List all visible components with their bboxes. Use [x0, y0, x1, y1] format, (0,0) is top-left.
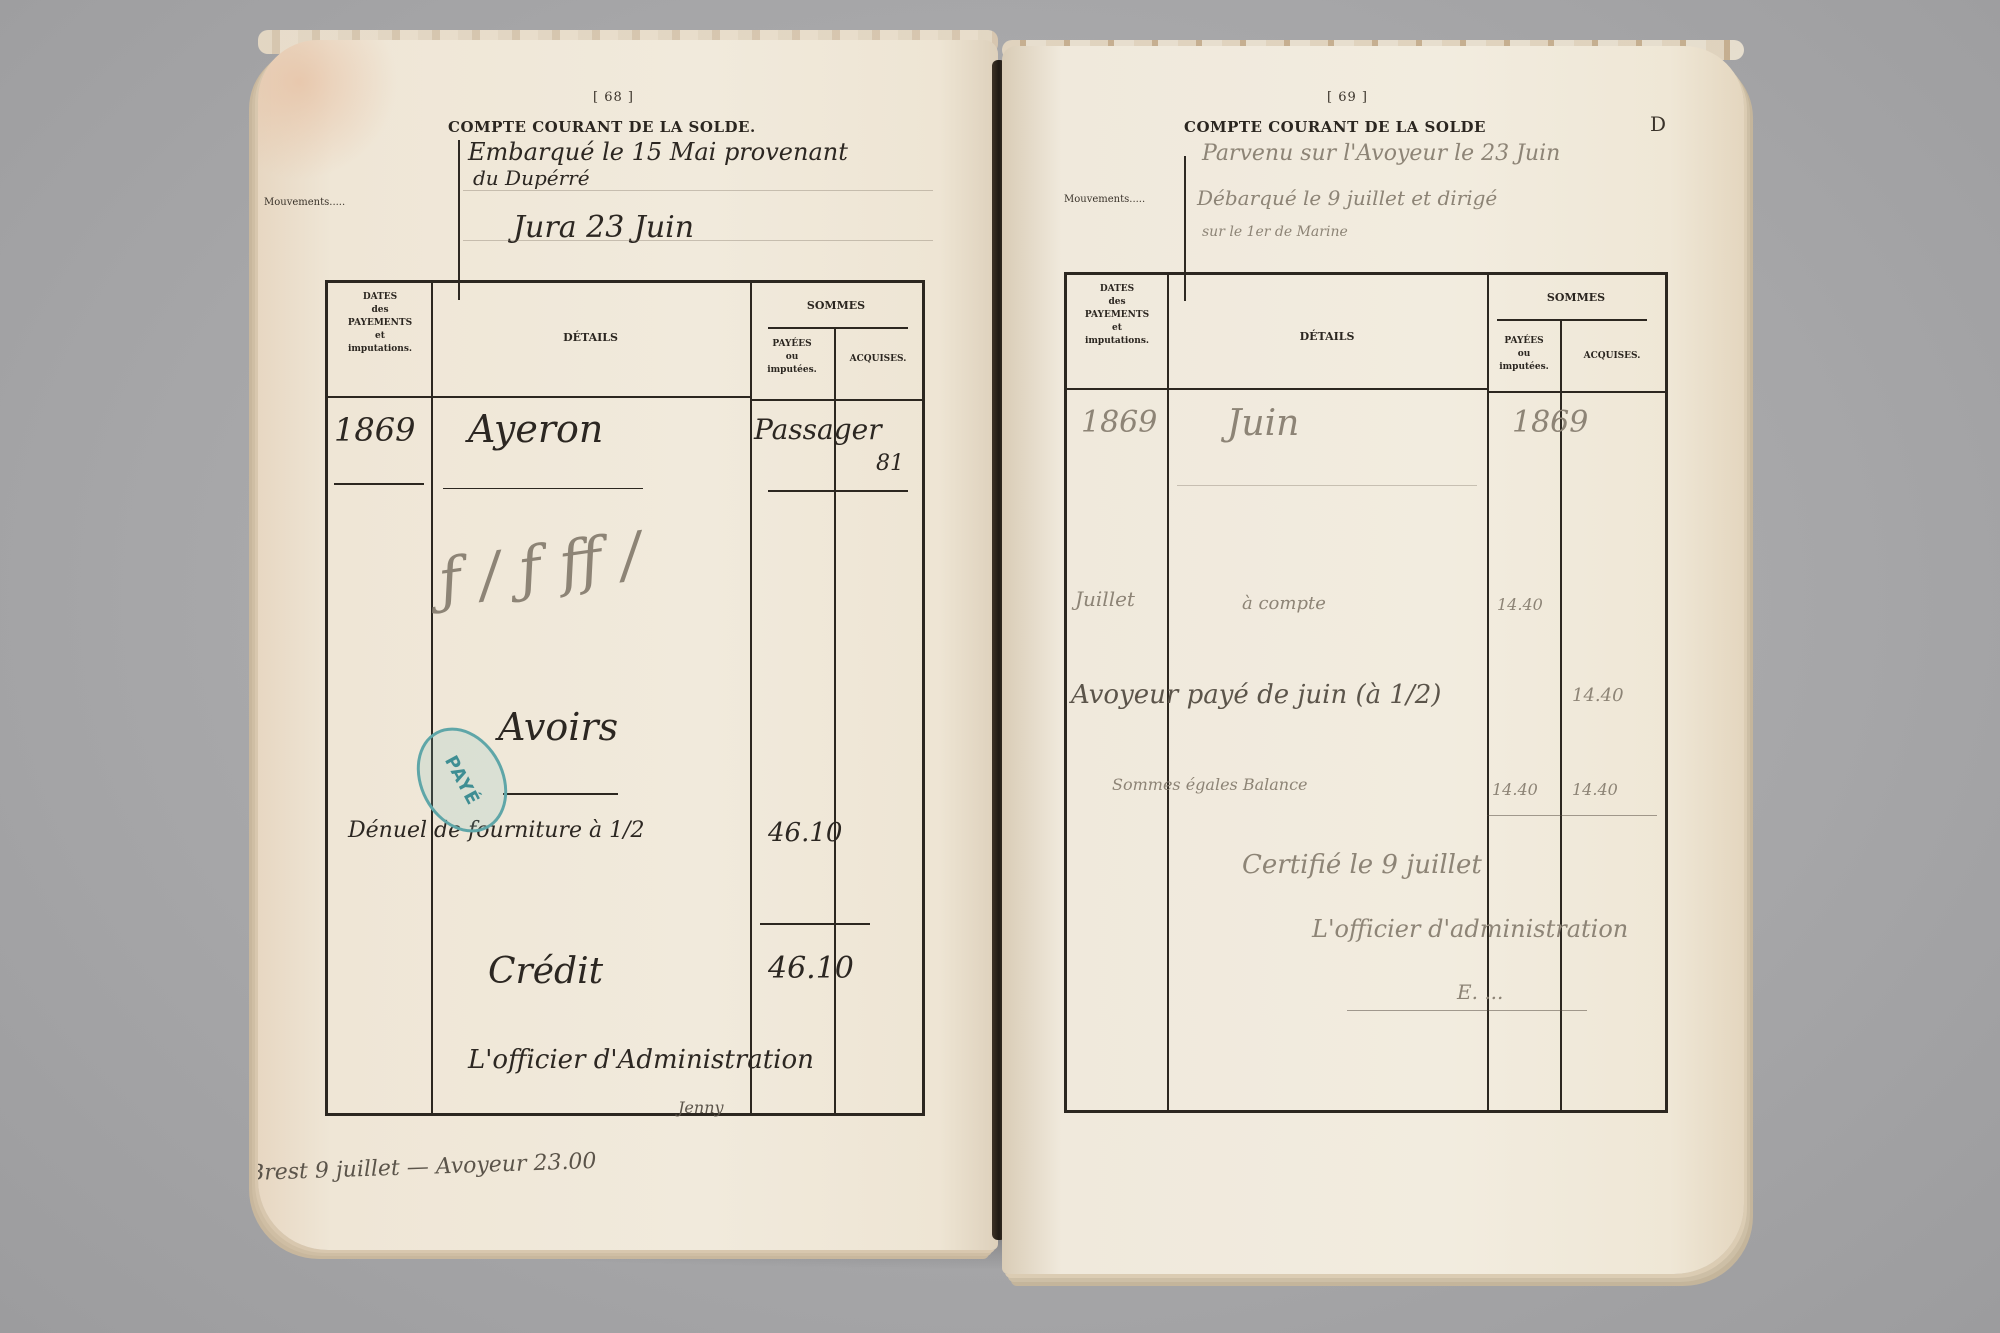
page-number: [ 69 ]	[1327, 90, 1368, 105]
right-page: [ 69 ] COMPTE COURANT DE LA SOLDE D Mouv…	[1002, 46, 1744, 1274]
row-detail: Ayeron	[468, 407, 603, 451]
row-date: 1869	[334, 411, 415, 449]
header-rule	[1167, 388, 1487, 390]
header-acquises: ACQUISES.	[1562, 350, 1662, 363]
header-payees: PAYÉESouimputées.	[752, 338, 832, 377]
signature-underline	[1347, 1010, 1587, 1011]
row-detail: à compte	[1242, 593, 1326, 614]
column-divider	[750, 283, 752, 1113]
ledger-table: DATESdesPAYEMENTSetimputations. DÉTAILS …	[325, 280, 925, 1116]
header-details: DÉTAILS	[431, 331, 750, 344]
row-acquises: 14.40	[1572, 685, 1624, 706]
header-dates: DATESdesPAYEMENTSetimputations.	[1069, 283, 1165, 348]
row-date: 1869	[1081, 405, 1157, 440]
sum-rule	[760, 923, 870, 925]
ledger-table: DATESdesPAYEMENTSetimputations. DÉTAILS …	[1064, 272, 1668, 1113]
ruled-line	[463, 190, 933, 191]
column-divider	[431, 283, 433, 1113]
header-sommes: SOMMES	[750, 299, 922, 312]
movements-line-1: Embarqué le 15 Mai provenant	[468, 138, 848, 166]
row-payees: 1869	[1512, 405, 1588, 440]
ruled-line	[1177, 485, 1477, 486]
left-page: [ 68 ] COMPTE COURANT DE LA SOLDE. Mouve…	[258, 40, 998, 1250]
header-rule	[750, 399, 922, 401]
row-rule	[334, 483, 424, 485]
row-payees: 14.40	[1497, 595, 1543, 614]
row-date: Juillet	[1075, 587, 1135, 611]
movements-brace	[458, 140, 460, 300]
row-detail: Sommes égales Balance	[1112, 775, 1308, 794]
header-details: DÉTAILS	[1167, 330, 1487, 343]
row-payees: Passager	[754, 413, 882, 446]
header-rule	[1067, 388, 1167, 390]
movements-line-3: sur le 1er de Marine	[1202, 224, 1348, 240]
row-payees: 14.40	[1492, 780, 1538, 799]
signature-name: E. ...	[1457, 980, 1503, 1004]
row-detail: Crédit	[488, 951, 603, 992]
movements-line-2: du Dupérré	[473, 166, 590, 190]
header-rule	[1487, 391, 1665, 393]
page-number: [ 68 ]	[593, 90, 634, 105]
movements-line-1: Parvenu sur l'Avoyeur le 23 Juin	[1202, 141, 1560, 166]
row-acquises: 14.40	[1572, 780, 1618, 799]
ruled-line	[463, 240, 933, 241]
certification-text: Certifié le 9 juillet	[1242, 850, 1482, 880]
row-rule	[503, 793, 618, 795]
sommes-rule	[1497, 319, 1647, 321]
row-acquises: 81	[876, 451, 904, 476]
sum-rule	[1487, 815, 1657, 816]
row-detail: Avoyeur payé de juin (à 1/2)	[1071, 680, 1441, 710]
header-acquises: ACQUISES.	[836, 353, 920, 366]
sommes-rule	[768, 327, 908, 329]
header-rule	[431, 396, 750, 398]
corner-letter: D	[1650, 112, 1666, 136]
row-rule	[768, 490, 908, 492]
movements-label: Mouvements.....	[1064, 194, 1145, 205]
header-dates: DATESdesPAYEMENTSetimputations.	[332, 291, 428, 356]
crossed-out-scribble: ƒ / ƒ ff /	[434, 519, 645, 617]
movements-label: Mouvements.....	[264, 197, 345, 208]
signature-name: Jenny	[678, 1098, 724, 1117]
row-detail: Avoirs	[498, 705, 618, 749]
signature-title: L'officier d'Administration	[468, 1045, 814, 1075]
row-rule	[443, 488, 643, 489]
bottom-note: Brest 9 juillet — Avoyeur 23.00	[258, 1149, 597, 1186]
page-title: COMPTE COURANT DE LA SOLDE.	[448, 118, 756, 136]
movements-line-2: Débarqué le 9 juillet et dirigé	[1197, 186, 1497, 210]
header-sommes: SOMMES	[1487, 291, 1665, 304]
signature-title: L'officier d'administration	[1312, 915, 1628, 943]
row-payees: 46.10	[768, 951, 854, 986]
row-payees: 46.10	[768, 818, 842, 848]
page-title: COMPTE COURANT DE LA SOLDE	[1184, 118, 1486, 136]
header-payees: PAYÉESouimputées.	[1489, 335, 1559, 374]
row-detail: Juin	[1227, 403, 1299, 444]
header-rule	[328, 396, 431, 398]
